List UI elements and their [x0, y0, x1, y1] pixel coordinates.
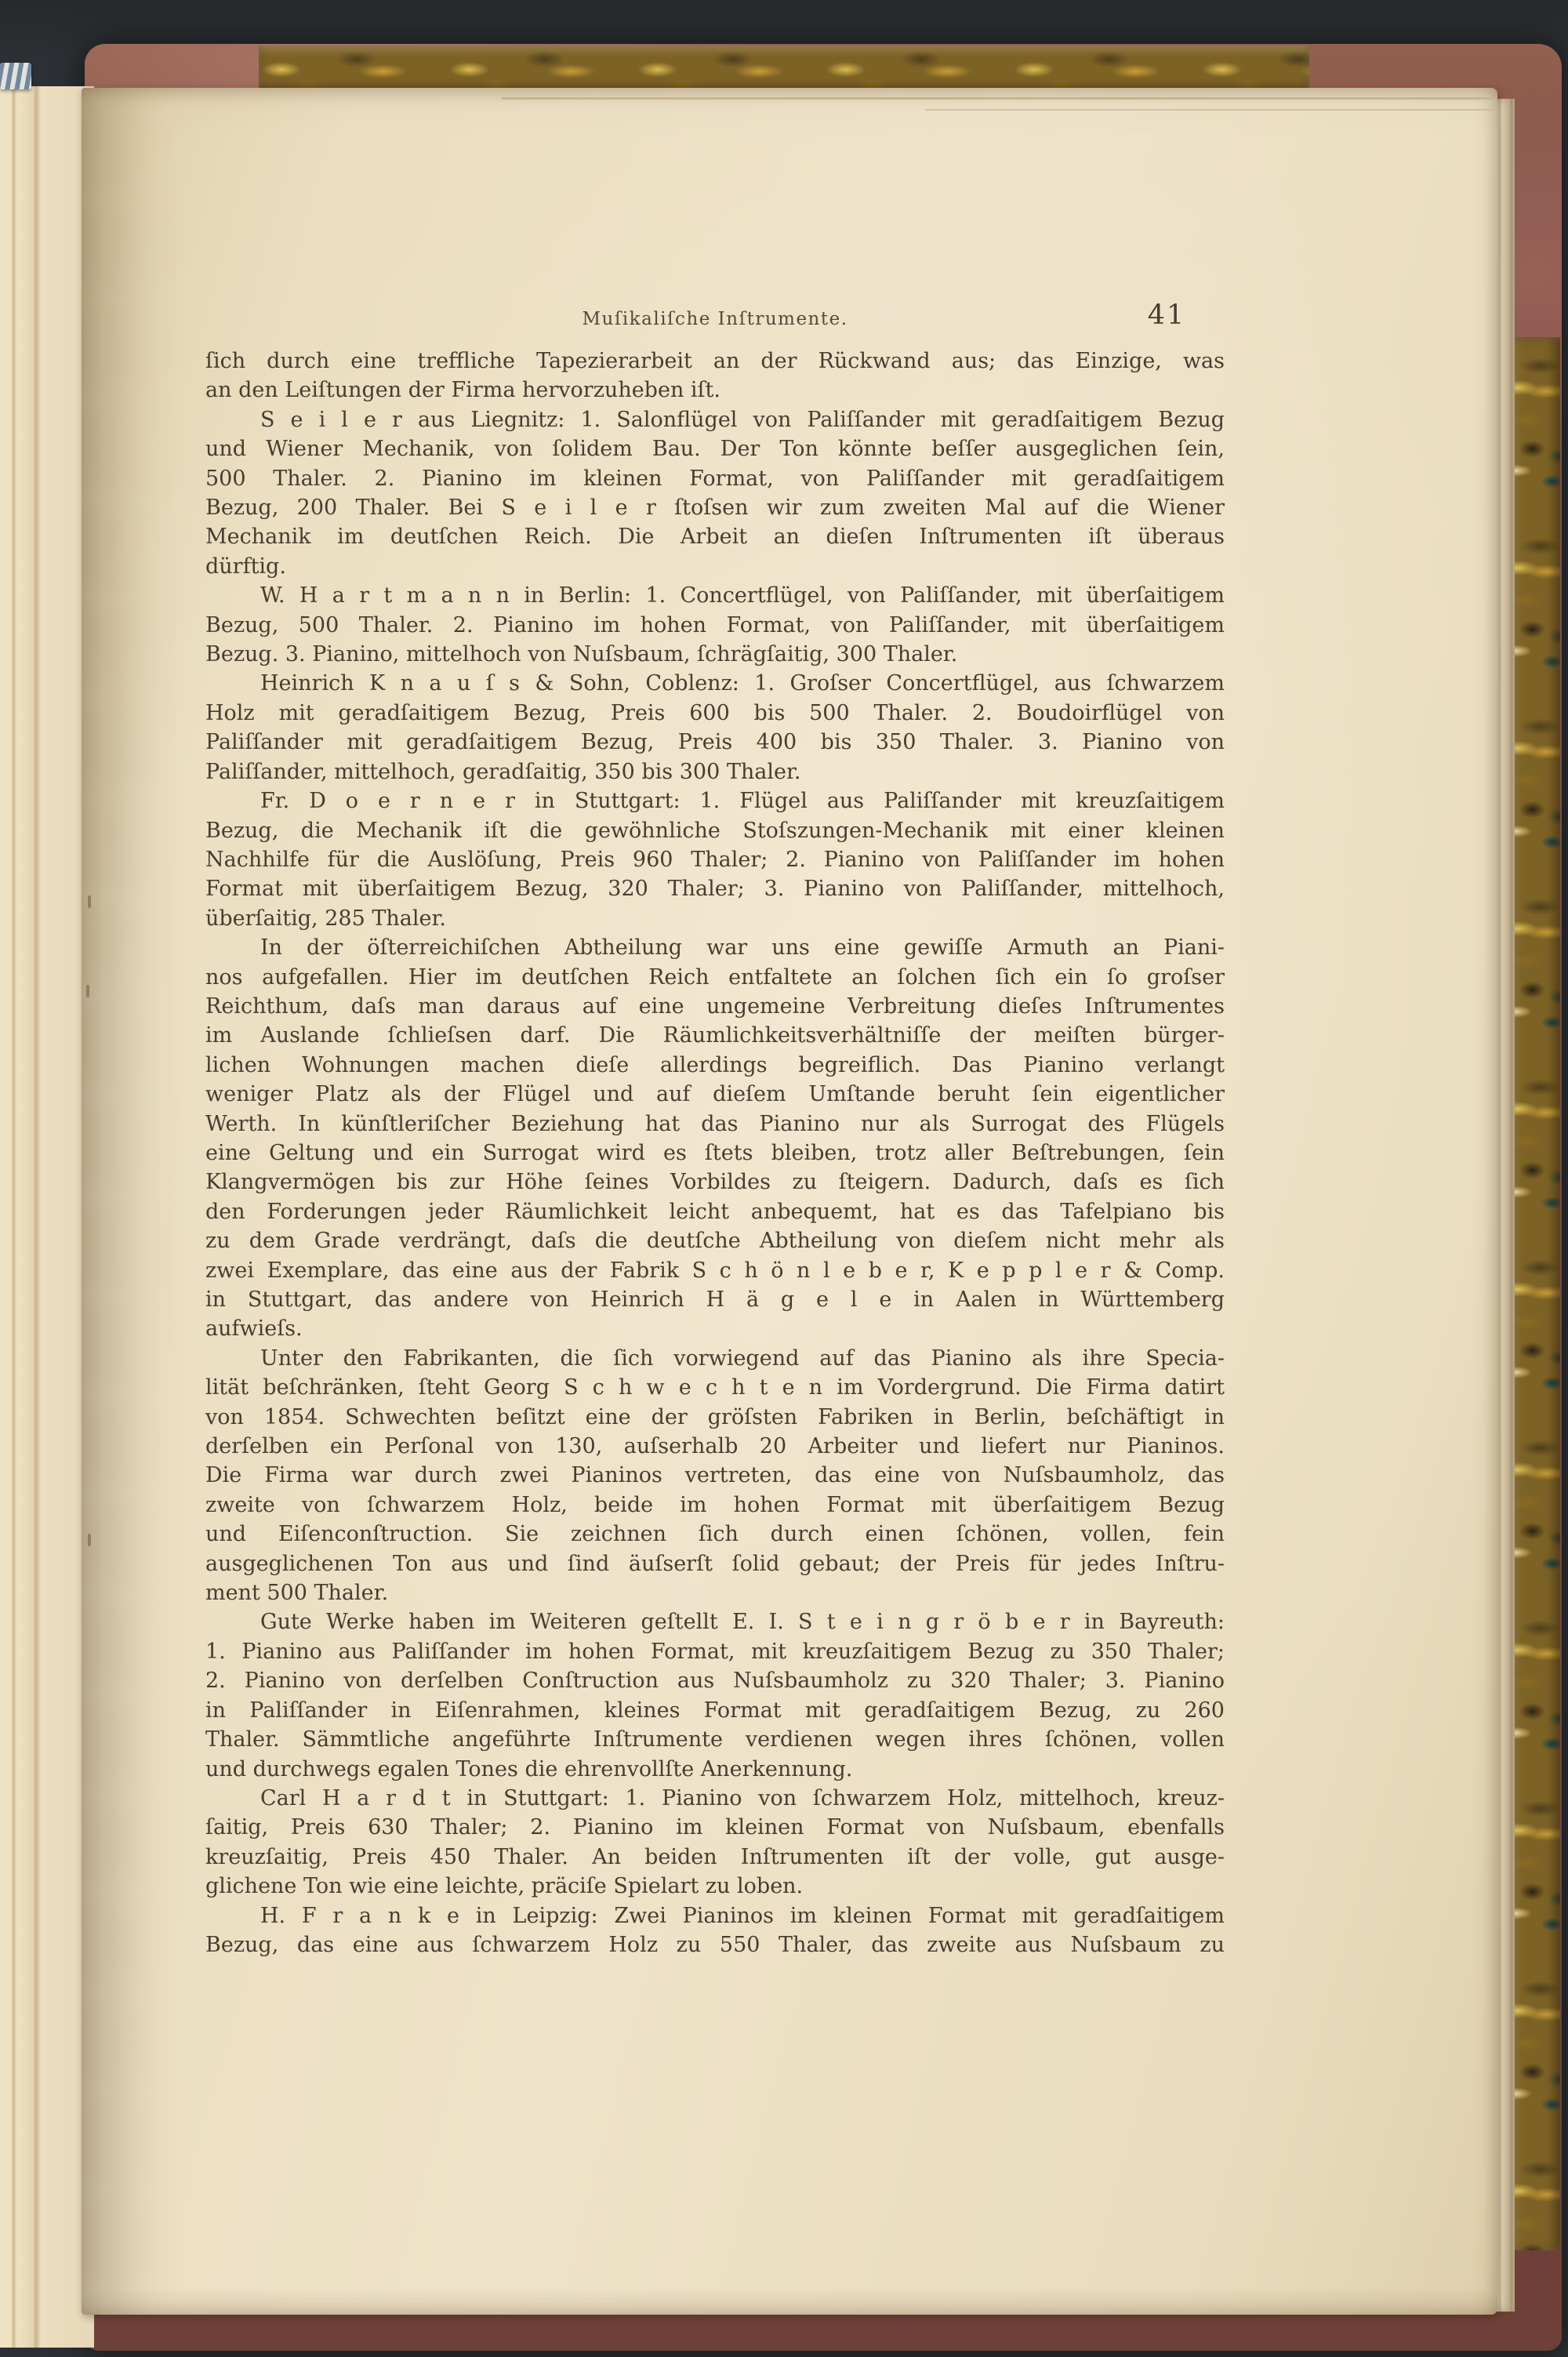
text-line: weniger Platz als der Flügel und auf die…	[205, 1080, 1225, 1109]
text-line: ſaitig, Preis 630 Thaler; 2. Pianino im …	[205, 1813, 1225, 1842]
text-line: Gute Werke haben im Weiteren geſtellt E.…	[205, 1607, 1225, 1636]
text-line: Bezug, 500 Thaler. 2. Pianino im hohen F…	[205, 611, 1225, 640]
text-line: im Auslande ſchlieſsen darf. Die Räumlic…	[205, 1021, 1225, 1050]
binding-stitch	[88, 895, 91, 908]
text-line: Bezug, das eine aus ſchwarzem Holz zu 55…	[205, 1930, 1225, 1959]
text-line: eine Geltung und ein Surrogat wird es ſt…	[205, 1139, 1225, 1168]
binding-stitch	[86, 985, 89, 997]
book-scan: Muſikaliſche Inſtrumente. 41 ſich durch …	[0, 0, 1568, 2357]
text-line: kreuzſaitig, Preis 450 Thaler. An beiden…	[205, 1843, 1225, 1872]
text-line: W. H a r t m a n n in Berlin: 1. Concert…	[205, 581, 1225, 610]
text-line: 500 Thaler. 2. Pianino im kleinen Format…	[205, 464, 1225, 493]
text-line: nos aufgefallen. Hier im deutſchen Reich…	[205, 963, 1225, 992]
text-line: dürftig.	[205, 552, 1225, 581]
text-line: Die Firma war durch zwei Pianinos vertre…	[205, 1461, 1225, 1490]
running-header: Muſikaliſche Inſtrumente.	[205, 309, 1225, 329]
text-line: in Paliſſander in Eiſenrahmen, kleines F…	[205, 1696, 1225, 1725]
text-line: Klangvermögen bis zur Höhe ſeines Vorbil…	[205, 1168, 1225, 1197]
binding-stitch	[88, 1534, 91, 1546]
text-line: Bezug. 3. Pianino, mittelhoch von Nuſsba…	[205, 640, 1225, 669]
text-line: 1. Pianino aus Paliſſander im hohen Form…	[205, 1637, 1225, 1666]
text-line: Heinrich K n a u ſ s & Sohn, Coblenz: 1.…	[205, 669, 1225, 698]
text-line: ment 500 Thaler.	[205, 1578, 1225, 1607]
text-line: Unter den Fabrikanten, die ſich vorwiege…	[205, 1344, 1225, 1373]
text-line: Fr. D o e r n e r in Stuttgart: 1. Flüge…	[205, 786, 1225, 815]
text-line: aufwieſs.	[205, 1314, 1225, 1343]
text-line: zu dem Grade verdrängt, daſs die deutſch…	[205, 1226, 1225, 1255]
text-line: und durchwegs egalen Tones die ehrenvoll…	[205, 1755, 1225, 1784]
text-line: und Wiener Mechanik, von ſolidem Bau. De…	[205, 434, 1225, 463]
text-line: in Stuttgart, das andere von Heinrich H …	[205, 1285, 1225, 1314]
sheet-edge-line	[925, 109, 1496, 111]
text-line: Thaler. Sämmtliche angeführte Inſtrument…	[205, 1725, 1225, 1754]
text-block: ſich durch eine treffliche Tapezierarbei…	[205, 347, 1225, 1959]
text-line: Paliſſander mit geradſaitigem Bezug, Pre…	[205, 728, 1225, 757]
text-line: Bezug, die Mechanik iſt die gewöhnliche …	[205, 816, 1225, 845]
text-line: Mechanik im deutſchen Reich. Die Arbeit …	[205, 522, 1225, 551]
text-line: lität beſchränken, ſteht Georg S c h w e…	[205, 1373, 1225, 1402]
text-line: Bezug, 200 Thaler. Bei S e i l e r ſtoſs…	[205, 493, 1225, 522]
text-line: Reichthum, daſs man daraus auf eine unge…	[205, 992, 1225, 1021]
facing-page-edge	[0, 86, 94, 2348]
text-line: zwei Exemplare, das eine aus der Fabrik …	[205, 1256, 1225, 1285]
text-line: derſelben ein Perſonal von 130, auſserha…	[205, 1432, 1225, 1461]
marbled-edge-top	[259, 45, 1309, 94]
text-line: Werth. In künſtleriſcher Beziehung hat d…	[205, 1109, 1225, 1139]
text-line: Holz mit geradſaitigem Bezug, Preis 600 …	[205, 699, 1225, 728]
text-line: 2. Pianino von derſelben Conſtruction au…	[205, 1666, 1225, 1695]
text-line: In der öſterreichiſchen Abtheilung war u…	[205, 933, 1225, 962]
text-line: lichen Wohnungen machen dieſe allerdings…	[205, 1051, 1225, 1080]
text-line: an den Leiſtungen der Firma hervorzuhebe…	[205, 376, 1225, 405]
text-line: ausgeglichenen Ton aus und ſind äuſserſt…	[205, 1549, 1225, 1578]
text-line: und Eiſenconſtruction. Sie zeichnen ſich…	[205, 1520, 1225, 1549]
text-line: S e i l e r aus Liegnitz: 1. Salonflügel…	[205, 405, 1225, 434]
text-line: zweite von ſchwarzem Holz, beide im hohe…	[205, 1491, 1225, 1520]
text-line: Paliſſander, mittelhoch, geradſaitig, 35…	[205, 757, 1225, 786]
text-line: Nachhilfe für die Auslöſung, Preis 960 T…	[205, 845, 1225, 874]
headband	[0, 63, 31, 89]
page-number: 41	[1104, 300, 1229, 331]
text-line: von 1854. Schwechten beſitzt eine der gr…	[205, 1403, 1225, 1432]
text-line: den Forderungen jeder Räumlichkeit leich…	[205, 1197, 1225, 1226]
sheet-edge-line	[502, 97, 1496, 100]
text-line: H. F r a n k e in Leipzig: Zwei Pianinos…	[205, 1901, 1225, 1930]
text-line: Format mit überſaitigem Bezug, 320 Thale…	[205, 874, 1225, 903]
text-line: glichene Ton wie eine leichte, präciſe S…	[205, 1872, 1225, 1901]
text-line: ſich durch eine treffliche Tapezierarbei…	[205, 347, 1225, 376]
marbled-edge-right	[1512, 337, 1560, 2250]
text-line: überſaitig, 285 Thaler.	[205, 904, 1225, 933]
text-line: Carl H a r d t in Stuttgart: 1. Pianino …	[205, 1784, 1225, 1813]
